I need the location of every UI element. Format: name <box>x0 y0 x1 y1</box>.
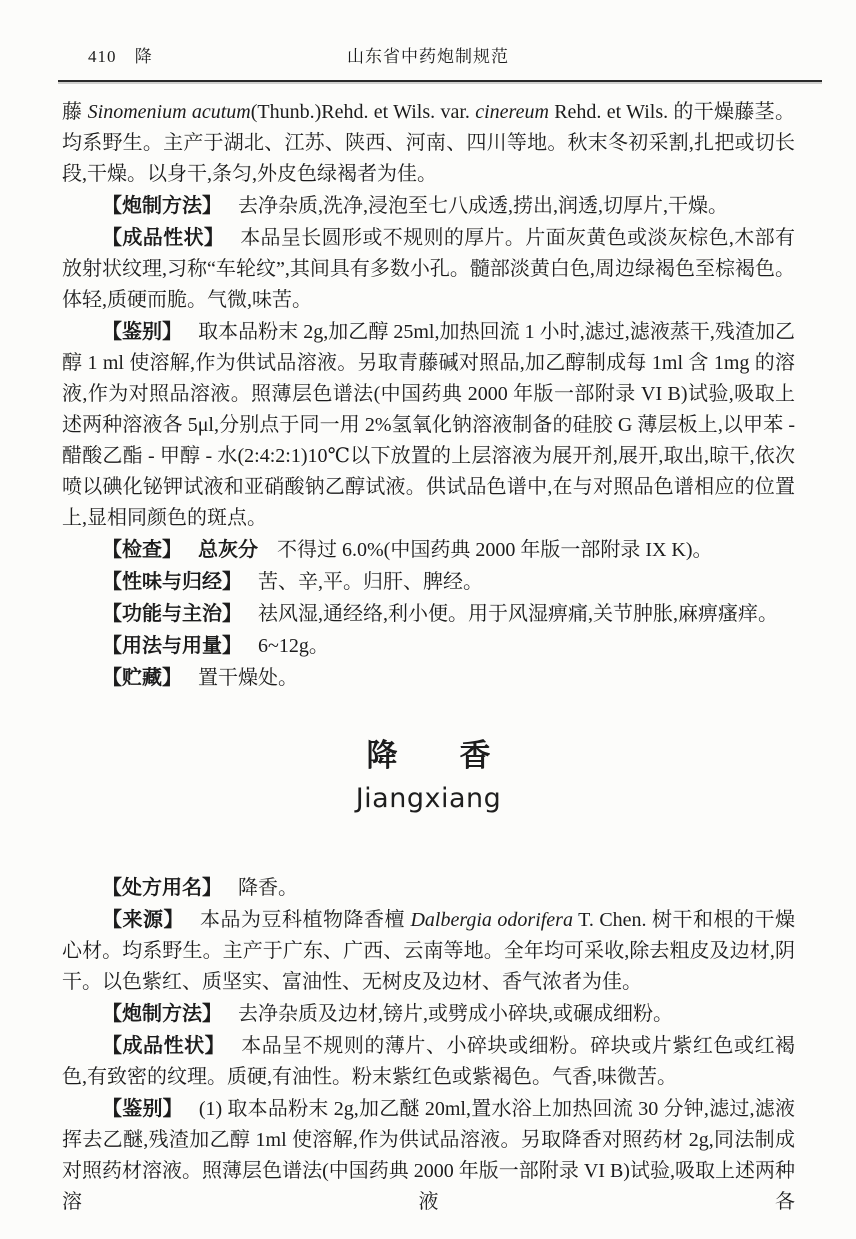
document-body: 藤 Sinomenium acutum(Thunb.)Rehd. et Wils… <box>62 97 795 1218</box>
section-text: 苦、辛,平。归肝、脾经。 <box>258 571 483 593</box>
section-text: 置干燥处。 <box>198 667 298 689</box>
section-gongneng-zhuzhi: 【功能与主治】祛风湿,通经络,利小便。用于风湿痹痛,关节肿胀,麻痹瘙痒。 <box>62 598 795 630</box>
section-laiyuan: 【来源】本品为豆科植物降香檀 Dalbergia odorifera T. Ch… <box>62 904 795 998</box>
monograph-title-block: 降香 Jiangxiang <box>62 738 795 815</box>
section-text: 祛风湿,通经络,利小便。用于风湿痹痛,关节肿胀,麻痹瘙痒。 <box>258 603 778 625</box>
section-chengpin-xingzhuang-1: 【成品性状】本品呈长圆形或不规则的厚片。片面灰黄色或淡灰棕色,木部有放射状纹理,… <box>62 222 795 316</box>
latin-binomial: cinereum <box>475 101 549 123</box>
section-jiancha: 【检查】总灰分不得过 6.0%(中国药典 2000 年版一部附录 IX K)。 <box>62 534 795 566</box>
section-label: 【贮藏】 <box>102 665 182 689</box>
section-chengpin-xingzhuang-2: 【成品性状】本品呈不规则的薄片、小碎块或细粉。碎块或片紫红色或红褐色,有致密的纹… <box>62 1030 795 1093</box>
section-jianbie-1: 【鉴别】取本品粉末 2g,加乙醇 25ml,加热回流 1 小时,滤过,滤液蒸干,… <box>62 316 795 534</box>
section-paozhi-fangfa-2: 【炮制方法】去净杂质及边材,镑片,或劈成小碎块,或碾成细粉。 <box>62 998 795 1030</box>
monograph-title-pinyin: Jiangxiang <box>62 783 795 815</box>
section-label: 【鉴别】 <box>102 319 182 343</box>
section-label: 【来源】 <box>102 907 184 931</box>
section-text: 去净杂质及边材,镑片,或劈成小碎块,或碾成细粉。 <box>238 1003 673 1025</box>
section-text: 不得过 6.0%(中国药典 2000 年版一部附录 IX K)。 <box>277 539 713 561</box>
section-label: 【功能与主治】 <box>102 601 242 625</box>
section-label: 【鉴别】 <box>102 1096 183 1120</box>
text-run: (Thunb.)Rehd. et Wils. var. <box>251 101 476 123</box>
section-label: 【性味与归经】 <box>102 569 242 593</box>
page-header: 410 降 山东省中药炮制规范 <box>62 45 794 69</box>
section-jianbie-2: 【鉴别】(1) 取本品粉末 2g,加乙醚 20ml,置水浴上加热回流 30 分钟… <box>62 1093 795 1218</box>
section-label: 【炮制方法】 <box>102 1001 222 1025</box>
monograph-jiangxiang-body: 【处方用名】降香。 【来源】本品为豆科植物降香檀 Dalbergia odori… <box>62 872 795 1218</box>
text-run: 本品为豆科植物降香檀 <box>200 909 410 931</box>
section-label: 【炮制方法】 <box>102 193 222 217</box>
section-label: 【处方用名】 <box>102 875 222 899</box>
latin-binomial: Dalbergia odorifera <box>410 909 573 931</box>
latin-binomial: Sinomenium acutum <box>88 101 251 123</box>
section-chufang-yongming: 【处方用名】降香。 <box>62 872 795 904</box>
section-xingwei-guijing: 【性味与归经】苦、辛,平。归肝、脾经。 <box>62 566 795 598</box>
section-text: 取本品粉末 2g,加乙醇 25ml,加热回流 1 小时,滤过,滤液蒸干,残渣加乙… <box>62 321 795 529</box>
section-label: 【成品性状】 <box>102 225 224 249</box>
section-text: 6~12g。 <box>258 635 329 657</box>
section-text: 去净杂质,洗净,浸泡至七八成透,捞出,润透,切厚片,干燥。 <box>238 195 728 217</box>
section-zhucang: 【贮藏】置干燥处。 <box>62 662 795 694</box>
monograph-title-cn: 降香 <box>62 738 795 774</box>
section-label: 【成品性状】 <box>102 1033 225 1057</box>
text-run: 藤 <box>62 101 88 123</box>
header-rule <box>58 80 822 82</box>
book-title: 山东省中药炮制规范 <box>62 45 794 69</box>
section-paozhi-fangfa-1: 【炮制方法】去净杂质,洗净,浸泡至七八成透,捞出,润透,切厚片,干燥。 <box>62 190 795 222</box>
section-text: 降香。 <box>238 877 298 899</box>
continuation-paragraph: 藤 Sinomenium acutum(Thunb.)Rehd. et Wils… <box>62 97 795 190</box>
section-label: 【用法与用量】 <box>102 633 242 657</box>
scanned-book-page: 410 降 山东省中药炮制规范 藤 Sinomenium acutum(Thun… <box>0 0 856 1239</box>
section-yongfa-yongliang: 【用法与用量】6~12g。 <box>62 630 795 662</box>
section-label: 【检查】 <box>102 537 182 561</box>
section-subterm: 总灰分 <box>198 537 258 561</box>
